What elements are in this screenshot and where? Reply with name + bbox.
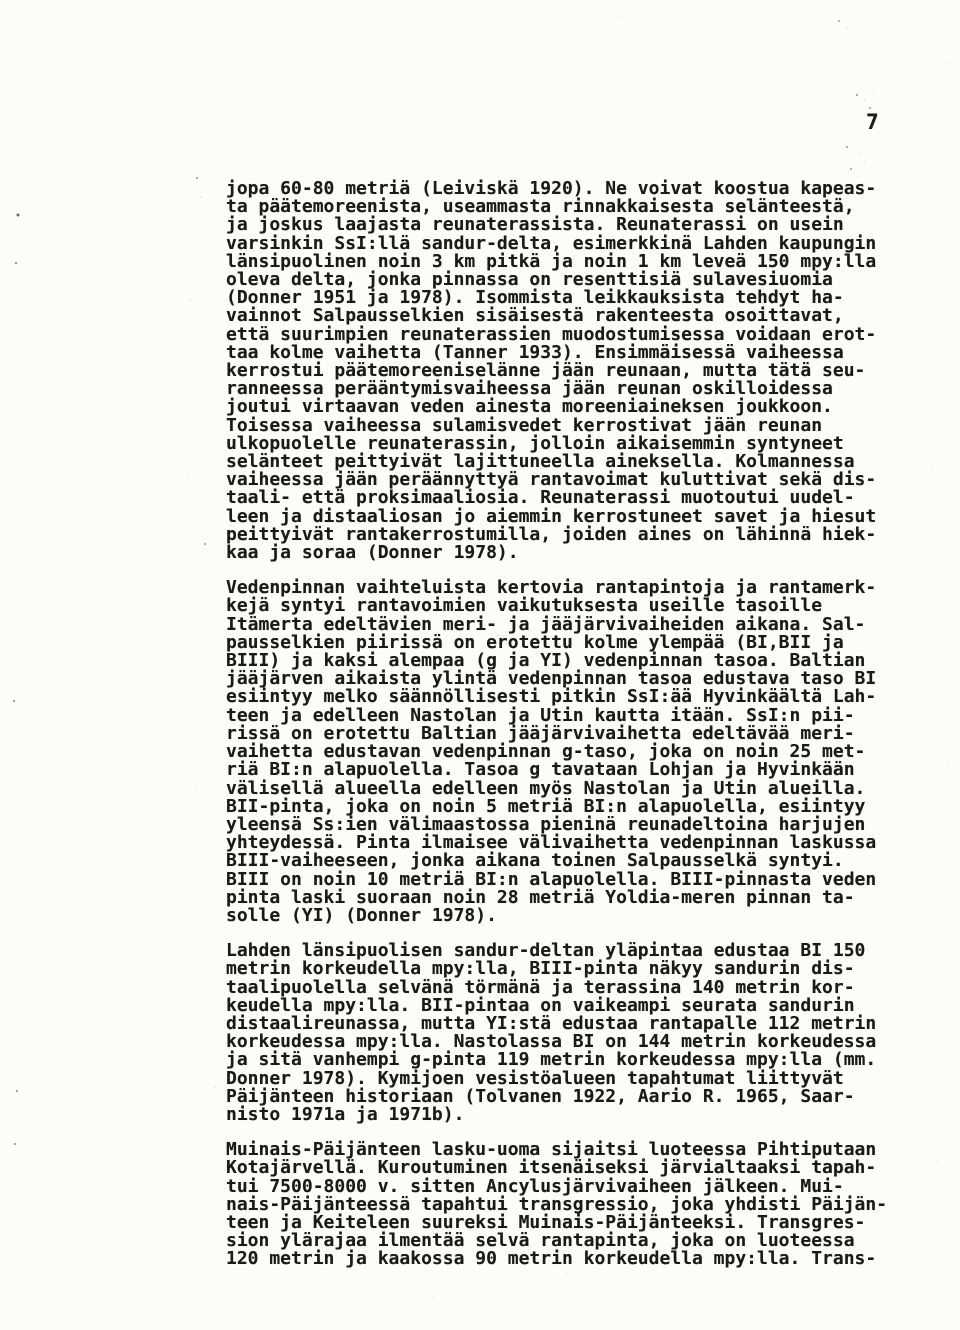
text-line: vainnot Salpausselkien sisäisestä rakent… [226,307,916,325]
scanned-document-page: 7 jopa 60-80 metriä (Leiviskä 1920). Ne … [0,0,960,1330]
text-line: esiintyy melko säännöllisesti pitkin SsI… [226,688,916,706]
text-line: metrin korkeudella mpy:lla, BIII-pinta n… [226,960,916,978]
text-line: ja sitä vanhempi g-pinta 119 metrin kork… [226,1051,916,1069]
paragraph: jopa 60-80 metriä (Leiviskä 1920). Ne vo… [226,180,916,562]
text-line: riä BI:n alapuolella. Tasoa g tavataan L… [226,761,916,779]
text-line: 120 metrin ja kaakossa 90 metrin korkeud… [226,1250,916,1268]
text-line: nisto 1971a ja 1971b). [226,1106,916,1124]
text-line: kaa ja soraa (Donner 1978). [226,544,916,562]
text-line: ja joskus laajasta reunaterassista. Reun… [226,216,916,234]
document-body-text: jopa 60-80 metriä (Leiviskä 1920). Ne vo… [226,180,916,1269]
text-line: joutui virtaavan veden ainesta moreeniai… [226,398,916,416]
text-line: taalipuolella selvänä törmänä ja terassi… [226,979,916,997]
paragraph: Vedenpinnan vaihteluista kertovia rantap… [226,579,916,925]
paragraph: Muinais-Päijänteen lasku-uoma sijaitsi l… [226,1141,916,1268]
text-line: välisellä alueella edelleen myös Nastola… [226,780,916,798]
page-number: 7 [866,110,879,134]
scan-noise-layer [0,0,2,2]
paragraph: Lahden länsipuolisen sandur-deltan yläpi… [226,942,916,1124]
text-line: solle (YI) (Donner 1978). [226,907,916,925]
text-line: BIII-vaiheeseen, jonka aikana toinen Sal… [226,852,916,870]
text-line: kejä syntyi rantavoimien vaikutuksesta u… [226,597,916,615]
text-line: Kotajärvellä. Kuroutuminen itsenäiseksi … [226,1159,916,1177]
text-line: BIII on noin 10 metriä BI:n alapuolella.… [226,871,916,889]
text-line: taali- että proksimaaliosia. Reunaterass… [226,489,916,507]
